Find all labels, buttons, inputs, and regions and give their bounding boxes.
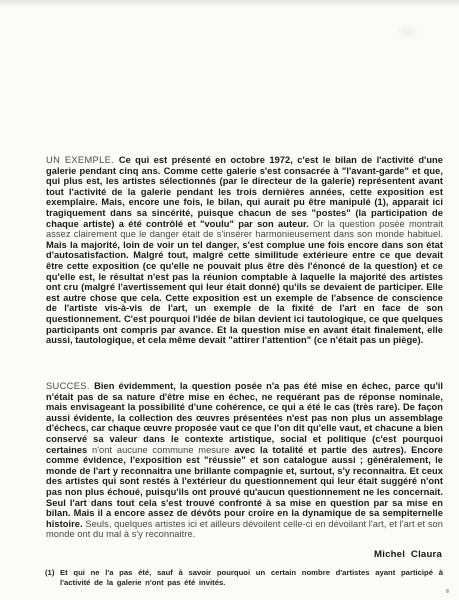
text-segment: Bien évidemment, la question posée n'a p…	[46, 381, 443, 455]
text-segment: Ce qui est présenté en octobre 1972, c'e…	[46, 155, 443, 229]
author-signature: Michel Claura	[46, 549, 442, 560]
text-segment: n'ont aucune commune mesure	[92, 445, 234, 455]
paragraph-un-exemple: UN EXEMPLE. Ce qui est présenté en octob…	[46, 155, 443, 346]
paragraph-lead-un-exemple: UN EXEMPLE.	[46, 155, 119, 165]
paragraph-lead-succes: SUCCES.	[46, 381, 94, 391]
text-segment: avec la totalité et partie des autres). …	[46, 445, 443, 529]
text-segment: Seuls, quelques artistes ici et ailleurs…	[46, 519, 443, 540]
footnote-marker: (1)	[45, 568, 60, 588]
paragraph-succes: SUCCES. Bien évidemment, la question pos…	[46, 381, 443, 540]
scanned-document-page: UN EXEMPLE. Ce qui est présenté en octob…	[0, 0, 459, 600]
text-segment: Mais la majorité, loin de voir un tel da…	[46, 240, 443, 345]
footnote-text: Et qui ne l'a pas été, sauf à savoir pou…	[60, 568, 443, 588]
scan-edge-shading	[0, 0, 459, 7]
page-corner-print-mark	[446, 589, 449, 593]
footnote: (1) Et qui ne l'a pas été, sauf à savoir…	[45, 568, 443, 588]
scan-smudge-artifact	[400, 26, 416, 36]
